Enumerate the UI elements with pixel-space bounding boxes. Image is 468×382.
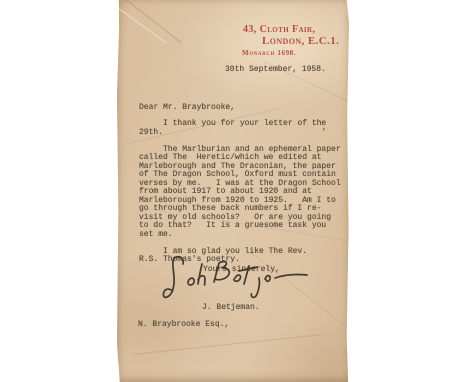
signature-john-betjeman: [161, 251, 311, 303]
letter-date: 30th September, 1958.: [225, 65, 326, 74]
letterhead-telephone: Monarch 1698.: [242, 49, 296, 57]
letter-photo: 43, Cloth Fair, London, E.C.1. Monarch 1…: [0, 0, 468, 382]
typed-name: J. Betjeman.: [202, 303, 260, 312]
letter-paper: 43, Cloth Fair, London, E.C.1. Monarch 1…: [117, 0, 349, 382]
salutation: Dear Mr. Braybrooke,: [139, 103, 235, 112]
paper-crease-highlight: [109, 2, 166, 44]
letterhead-address-line2: London, E.C.1.: [262, 35, 339, 47]
body-line: set me.: [139, 231, 341, 240]
paper-crease: [108, 0, 181, 43]
body-line: 29th. ': [139, 129, 341, 138]
letterhead-address-line1: 43, Cloth Fair,: [243, 24, 315, 35]
addressee: N. Braybrooke Esq.,: [138, 320, 229, 329]
paper-crease: [133, 334, 322, 355]
